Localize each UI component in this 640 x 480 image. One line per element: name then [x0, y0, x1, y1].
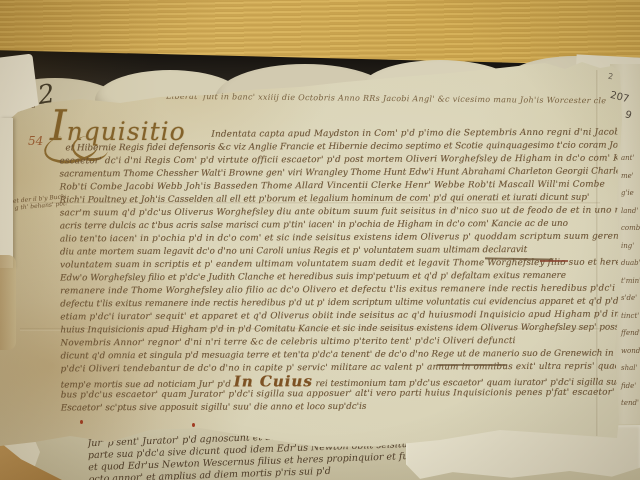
manuscript-lines-upper: Indentata capta apud Maydston in Com' p'… [59, 127, 618, 377]
text-fragment: ing' [618, 238, 640, 256]
text-fragment: shal' [618, 360, 640, 378]
curled-parchment-edge [0, 255, 16, 350]
strike-mark [437, 364, 507, 366]
white-sheet-edge [0, 118, 13, 268]
text-fragment: ant' [618, 150, 640, 168]
incuius-phrase: In Cuius [234, 374, 313, 390]
manuscript-line: Escaetor' sc'ptus sive apposuit sigillu'… [61, 400, 619, 416]
text-fragment: ffend' [618, 325, 640, 343]
text-fragment: s'de' [618, 290, 640, 308]
red-seal-dot [192, 423, 195, 427]
text-fragment: g'ie [618, 185, 640, 203]
text-fragment: comb' [618, 220, 640, 238]
text-fragment: tinct' [618, 308, 640, 326]
manuscript-photo: ant'me'g'ieland'comb'ing'duab't'min's'de… [0, 0, 640, 480]
shelf-number: 54 [28, 134, 43, 148]
main-parchment: Liberat' fuit in banc' xxiiij die Octobr… [0, 60, 640, 452]
text-fragment: t'min' [618, 273, 640, 291]
text-fragment: wond' [618, 343, 640, 361]
text-fragment: me' [618, 168, 640, 186]
text-fragment: land' [618, 203, 640, 221]
under-sheet-text: ant'me'g'ieland'comb'ing'duab't'min's'de… [618, 150, 640, 410]
manuscript-body: Indentata capta apud Maydston in Com' p'… [59, 127, 618, 416]
text-fragment: duab' [618, 255, 640, 273]
endorsement-line: Liberat' fuit in banc' xxiiij die Octobr… [166, 92, 606, 106]
text-fragment: fide' [618, 378, 640, 396]
strike-mark [540, 260, 568, 262]
manuscript-lines-lower: bus p'dc'us escaetor' quam Jurator' p'dc… [61, 387, 619, 416]
text-fragment: tend' [618, 395, 640, 410]
red-seal-dot [80, 420, 83, 424]
